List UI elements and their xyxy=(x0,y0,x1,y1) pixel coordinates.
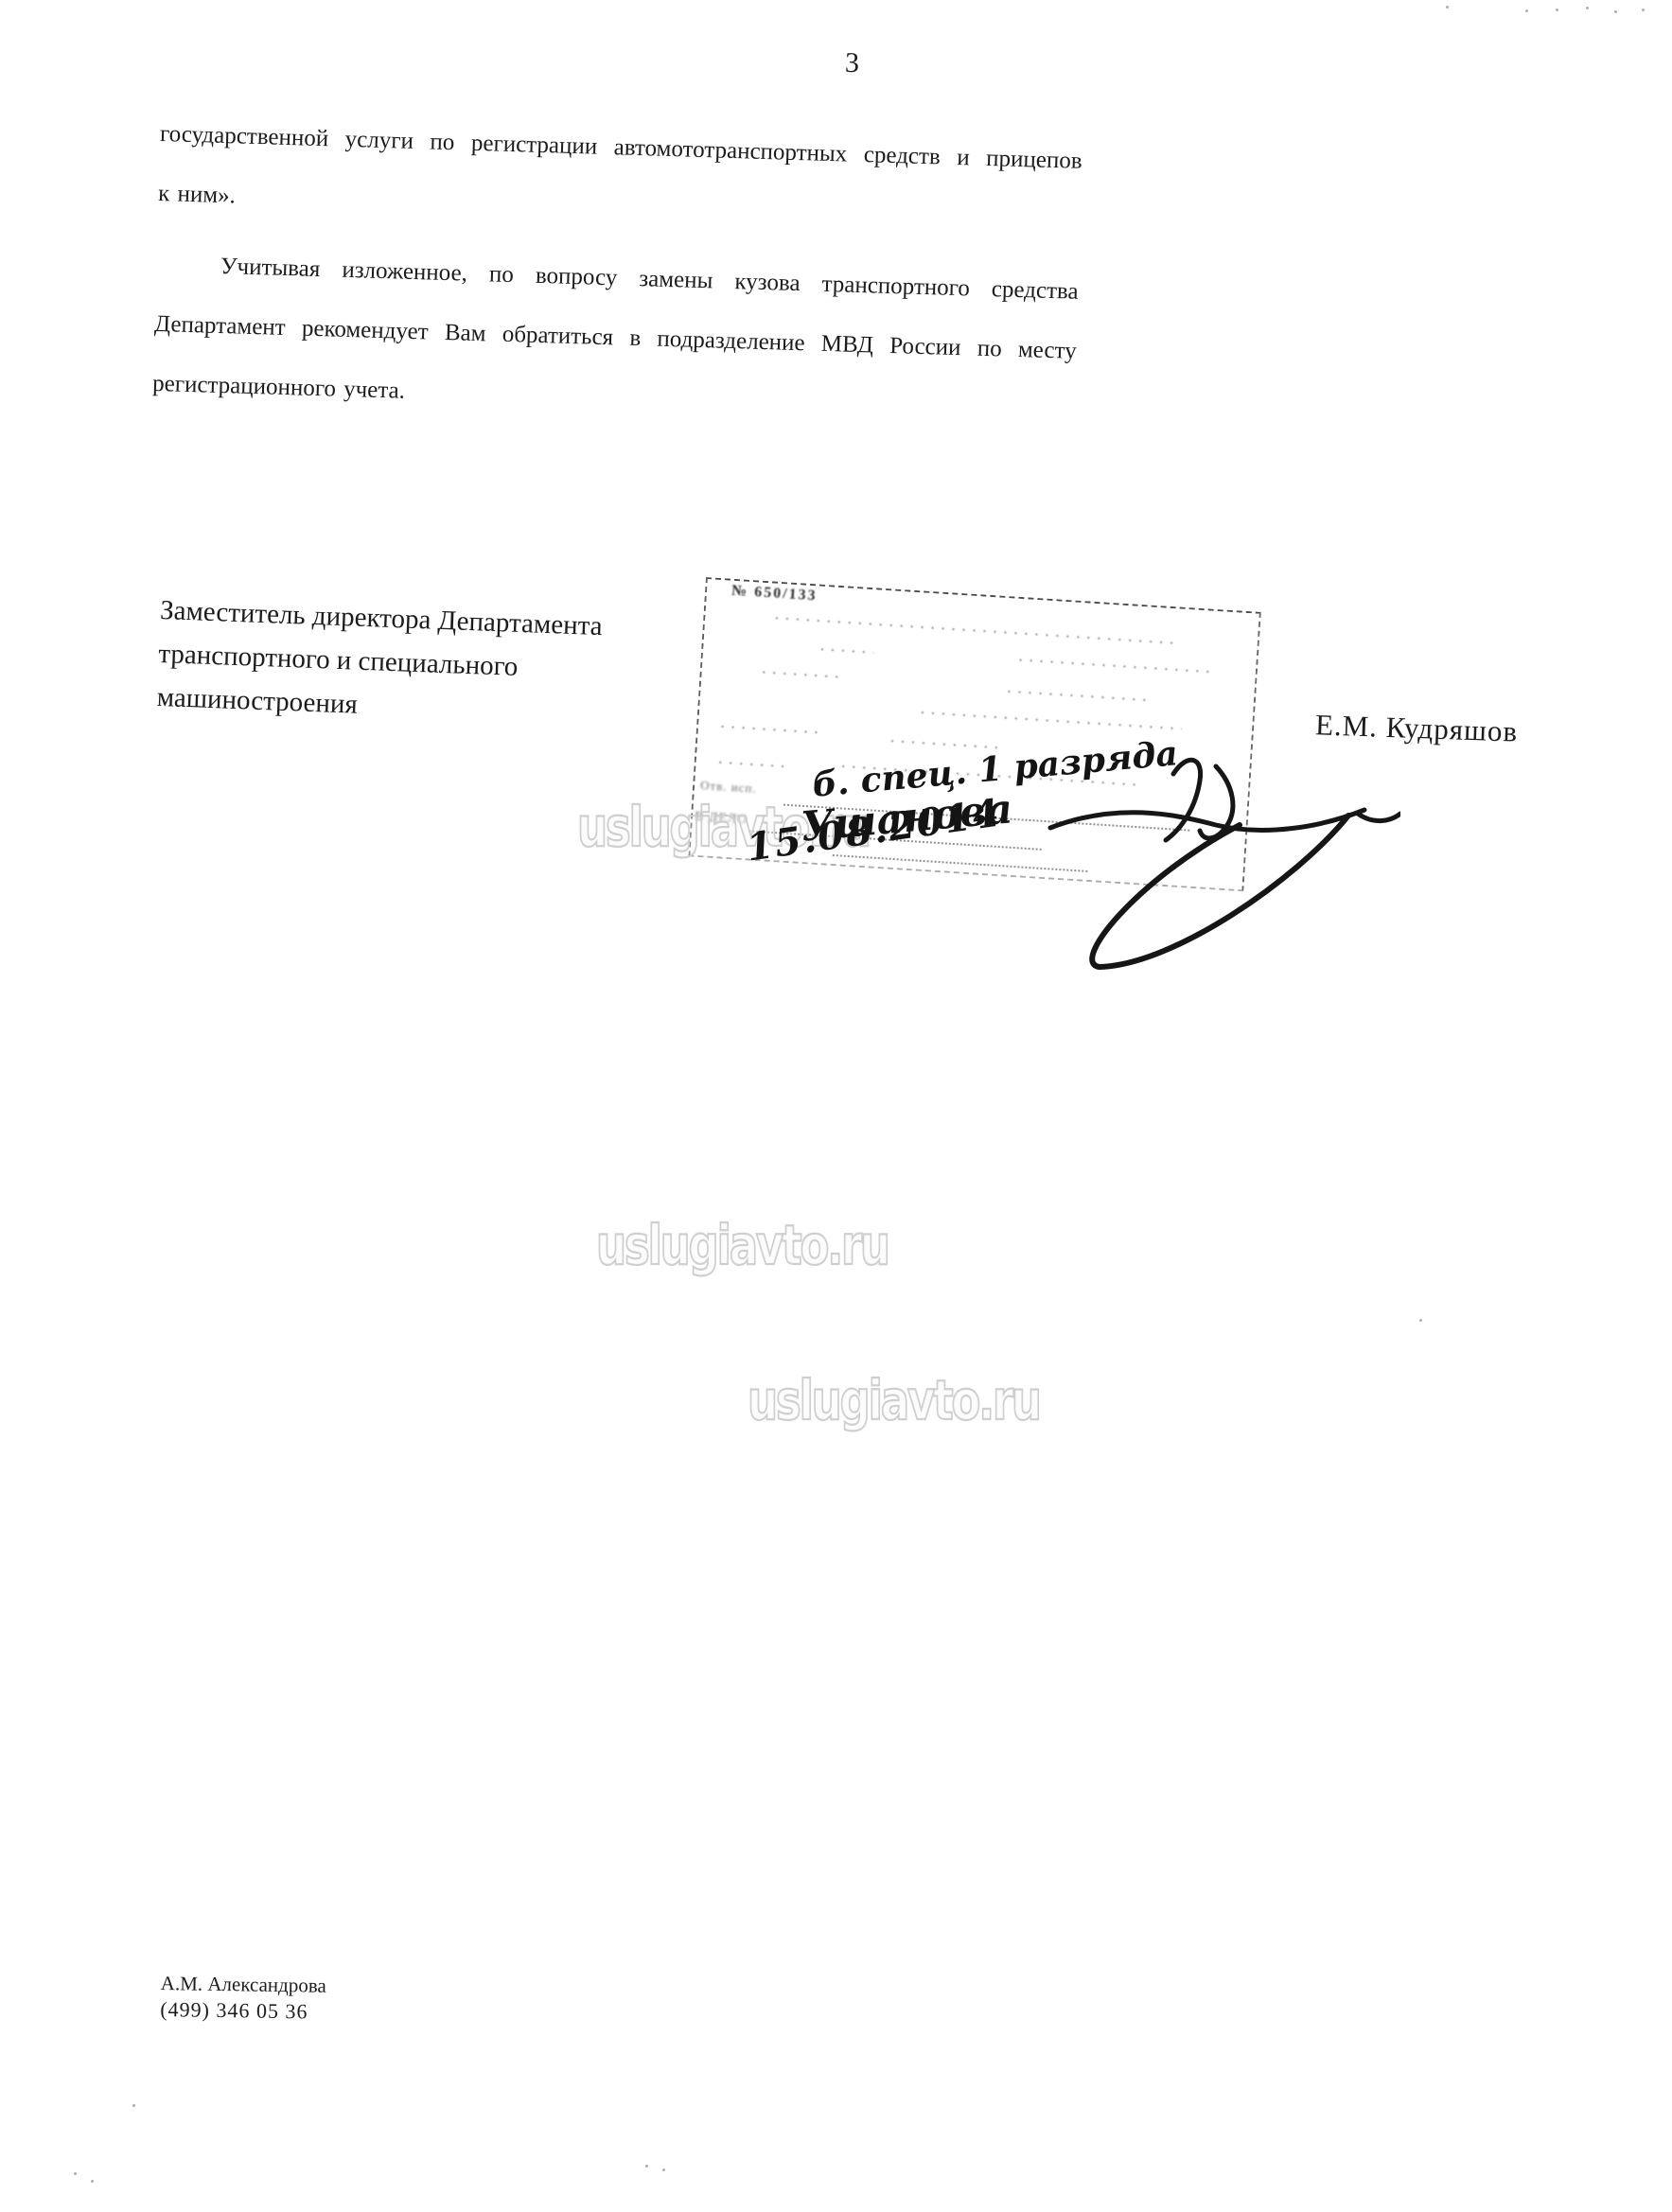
signer-title-block: Заместитель директора Департамента транс… xyxy=(156,588,710,739)
scan-speck xyxy=(91,2180,94,2183)
scan-speck xyxy=(645,2165,648,2168)
stamp-noise-row xyxy=(1015,658,1214,675)
stamp-noise-row xyxy=(1004,689,1146,702)
scan-speck xyxy=(1614,10,1617,13)
scan-speck xyxy=(1525,9,1528,12)
scan-speck xyxy=(132,2104,135,2107)
stamp-noise-row xyxy=(759,670,844,680)
stamp-noise-row xyxy=(817,647,873,656)
stamp-noise-row xyxy=(917,710,1182,731)
scan-speck xyxy=(74,2172,77,2175)
pen-signature xyxy=(738,738,1400,1022)
scan-speck xyxy=(1446,6,1449,9)
scan-speck xyxy=(1419,1319,1422,1322)
watermark: uslugiavto.ru xyxy=(748,1368,1040,1432)
scanned-letter-page: { "colors": { "ink": "#1c1c1c", "waterma… xyxy=(0,0,1672,2212)
page-number: 3 xyxy=(845,47,861,79)
stamp-number: № 650/133 xyxy=(731,583,818,606)
body-text-block: государственной услуги по регистрации ав… xyxy=(151,104,1082,441)
stamp-noise-row xyxy=(771,615,1177,645)
scan-speck xyxy=(662,2168,665,2171)
executor-phone: (499) 346 05 36 xyxy=(160,1996,326,2026)
watermark: uslugiavto.ru xyxy=(596,1213,889,1277)
scan-speck xyxy=(1556,9,1558,11)
executor-block: А.М. Александрова (499) 346 05 36 xyxy=(160,1970,326,2026)
executor-name: А.М. Александрова xyxy=(161,1970,326,1999)
scan-speck xyxy=(1642,9,1645,11)
stamp-noise-row xyxy=(717,724,821,735)
scan-speck xyxy=(1586,7,1589,9)
